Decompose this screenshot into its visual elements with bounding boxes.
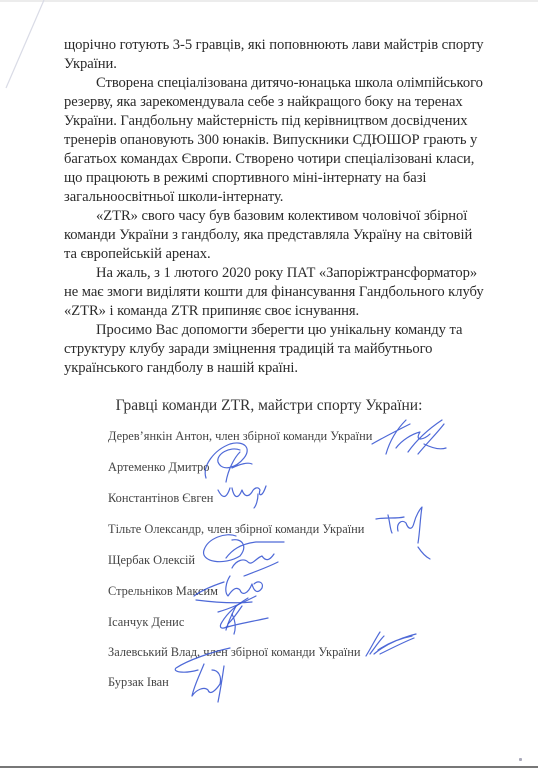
- paragraph: На жаль, з 1 лютого 2020 року ПАТ «Запор…: [64, 264, 484, 321]
- signature-2: [200, 438, 260, 486]
- signature-7: [208, 596, 272, 636]
- signature-8: [362, 628, 418, 658]
- letter-body: щорічно готують 3-5 гравців, які поповню…: [64, 36, 484, 378]
- signature-4: [374, 505, 436, 561]
- player-name: Ісанчук Денис: [108, 615, 184, 630]
- paragraph: Створена спеціалізована дитячо-юнацька ш…: [64, 74, 484, 207]
- player-name: Артеменко Дмитро: [108, 460, 209, 475]
- scan-speck: [519, 758, 522, 761]
- signature-1: [368, 418, 448, 460]
- scan-artifact-line: [0, 0, 60, 90]
- player-name: Бурзак Іван: [108, 675, 169, 690]
- page-top-edge: [0, 0, 538, 2]
- signature-9: [168, 646, 240, 706]
- paragraph: Просимо Вас допомогти зберегти цю унікал…: [64, 321, 484, 378]
- signature-3: [214, 480, 270, 510]
- paragraph: щорічно готують 3-5 гравців, які поповню…: [64, 36, 484, 74]
- paragraph: «ZTR» свого часу був базовим колективом …: [64, 207, 484, 264]
- player-name: Щербак Олексій: [108, 553, 195, 568]
- player-name: Константінов Євген: [108, 491, 213, 506]
- signatures-title: Гравці команди ZTR, майстри спорту Украї…: [0, 397, 538, 415]
